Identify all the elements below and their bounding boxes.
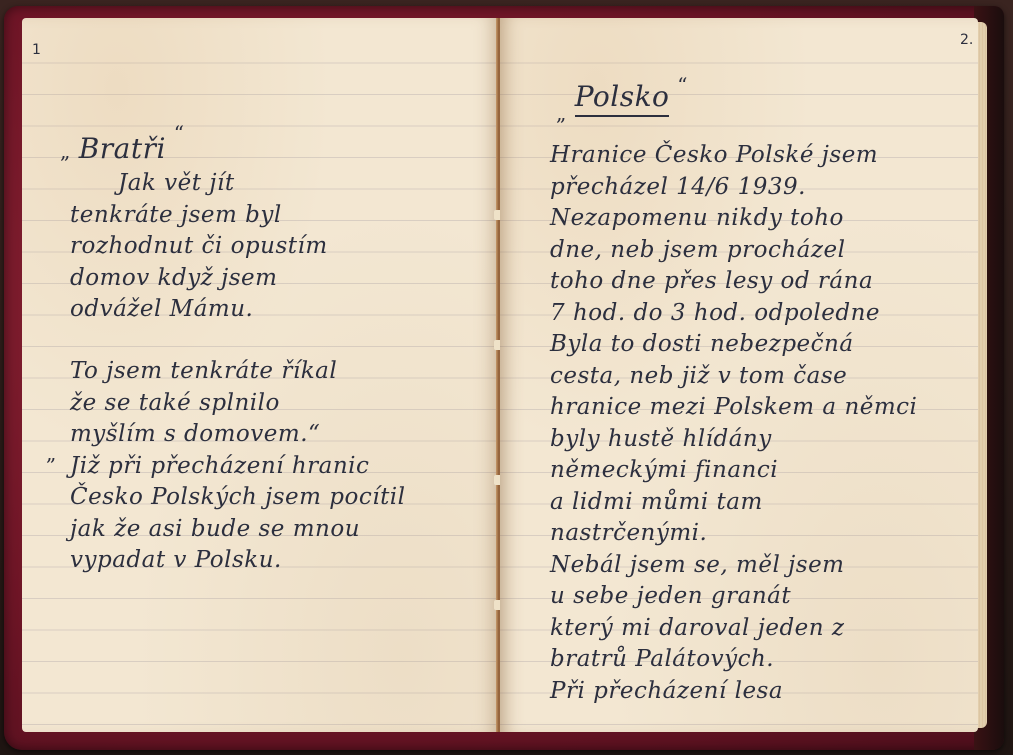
handwritten-line: To jsem tenkráte říkal	[70, 356, 406, 388]
left-page-number: 1	[32, 42, 41, 58]
handwritten-line: Nezapomenu nikdy toho	[550, 203, 917, 235]
title-text: Polsko	[575, 80, 670, 117]
title-close-quote: “	[677, 73, 688, 97]
handwritten-line: toho dne přes lesy od rána	[550, 266, 917, 298]
handwritten-line: bratrů Palátových.	[550, 644, 917, 676]
handwritten-line: jak že asi bude se mnou	[70, 514, 406, 546]
handwritten-line: cesta, neb již v tom čase	[550, 361, 917, 393]
notebook-photo: 1 „ Bratři “ Jak vět jít tenkráte jsem b…	[0, 0, 1013, 755]
handwritten-line: domov když jsem	[70, 263, 328, 295]
handwritten-line: přecházel 14/6 1939.	[550, 172, 917, 204]
title-text: Bratři	[79, 132, 166, 165]
handwritten-line: u sebe jeden granát	[550, 581, 917, 613]
handwritten-line: Při přecházení lesa	[550, 676, 917, 708]
handwritten-line: vypadat v Polsku.	[70, 545, 406, 577]
handwritten-line: Již při přecházení hranic	[70, 451, 406, 483]
margin-quote-mark: „	[46, 438, 57, 470]
handwritten-line: a lidmi můmi tam	[550, 487, 917, 519]
left-page: 1 „ Bratři “ Jak vět jít tenkráte jsem b…	[22, 18, 497, 732]
handwritten-line: byly hustě hlídány	[550, 424, 917, 456]
handwritten-line: dne, neb jsem procházel	[550, 235, 917, 267]
handwritten-line: Jak vět jít	[70, 168, 328, 200]
handwritten-line: Hranice Česko Polské jsem	[550, 140, 917, 172]
handwritten-line: že se také splnilo	[70, 388, 406, 420]
handwritten-line: hranice mezi Polskem a němci	[550, 392, 917, 424]
handwritten-line: odvážel Mámu.	[70, 294, 328, 326]
handwritten-line: Česko Polských jsem pocítil	[70, 482, 406, 514]
right-page: 2. „ Polsko “ Hranice Česko Polské jsem …	[500, 18, 978, 732]
right-page-body: Hranice Česko Polské jsem přecházel 14/6…	[550, 140, 917, 707]
handwritten-line: myšlím s domovem.“	[70, 419, 406, 451]
right-page-title: „ Polsko “	[556, 70, 688, 130]
title-open-quote: „	[556, 101, 567, 125]
handwritten-line: tenkráte jsem byl	[70, 200, 328, 232]
handwritten-line: 7 hod. do 3 hod. odpoledne	[550, 298, 917, 330]
handwritten-line: Nebál jsem se, měl jsem	[550, 550, 917, 582]
handwritten-line: Byla to dosti nebezpečná	[550, 329, 917, 361]
handwritten-line: nastrčenými.	[550, 518, 917, 550]
title-close-quote: “	[174, 121, 185, 145]
handwritten-line: německými financi	[550, 455, 917, 487]
left-paragraph-2: To jsem tenkráte říkal že se také splnil…	[70, 356, 406, 577]
left-page-title: „ Bratři “	[60, 118, 184, 168]
left-paragraph-1: Jak vět jít tenkráte jsem byl rozhodnut …	[70, 168, 328, 326]
handwritten-line: rozhodnut či opustím	[70, 231, 328, 263]
title-open-quote: „	[60, 139, 71, 163]
right-page-number: 2.	[960, 32, 973, 48]
handwritten-line: který mi daroval jeden z	[550, 613, 917, 645]
